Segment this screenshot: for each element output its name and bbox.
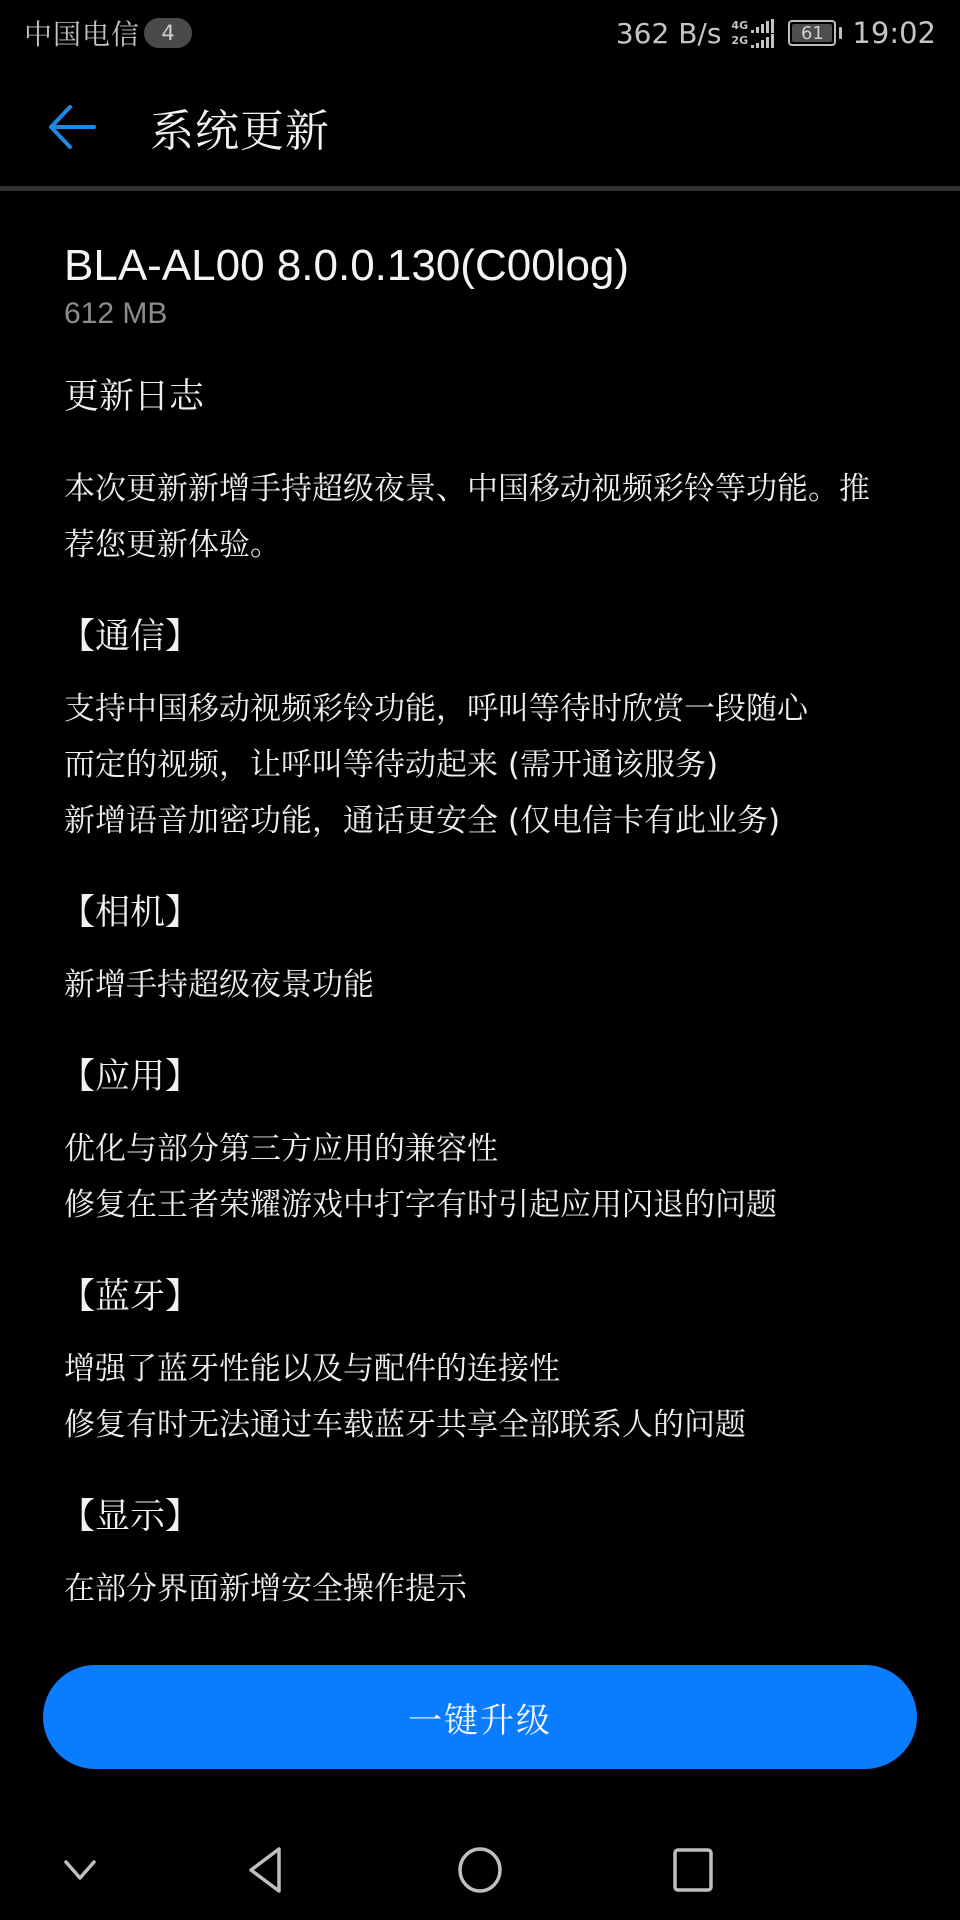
section-line: 在部分界面新增安全操作提示 (64, 1561, 896, 1608)
status-left: 中国电信 4 (24, 13, 192, 53)
section-line: 新增手持超级夜景功能 (64, 957, 896, 1013)
section-line: 而定的视频，让呼叫等待动起来 (需开通该服务) (64, 737, 896, 793)
hide-nav-button[interactable] (40, 1830, 120, 1910)
section-line: 修复在王者荣耀游戏中打字有时引起应用闪退的问题 (64, 1177, 896, 1233)
system-update-screen: 中国电信 4 362 B/s 4G 2G 61 19:02 (0, 0, 960, 1920)
update-summary: 本次更新新增手持超级夜景、中国移动视频彩铃等功能。推荐您更新体验。 (64, 461, 896, 573)
signal-strength-icon: 4G 2G (731, 18, 774, 48)
section-display: 【显示】 在部分界面新增安全操作提示 (64, 1489, 896, 1608)
section-line: 支持中国移动视频彩铃功能，呼叫等待时欣赏一段随心 (64, 681, 896, 737)
battery-icon: 61 (788, 20, 842, 46)
nav-home-button[interactable] (440, 1830, 520, 1910)
clock: 19:02 (852, 16, 936, 50)
section-bluetooth: 【蓝牙】 增强了蓝牙性能以及与配件的连接性 修复有时无法通过车载蓝牙共享全部联系… (64, 1269, 896, 1453)
network-speed: 362 B/s (616, 17, 722, 50)
update-details-scroll[interactable]: BLA-AL00 8.0.0.130(C00log) 612 MB 更新日志 本… (0, 191, 960, 1608)
section-line: 增强了蓝牙性能以及与配件的连接性 (64, 1341, 896, 1397)
triangle-back-icon (241, 1845, 291, 1895)
battery-level: 61 (792, 24, 832, 42)
version-name: BLA-AL00 8.0.0.130(C00log) (64, 239, 896, 293)
section-title: 【相机】 (60, 885, 896, 941)
changelog-title: 更新日志 (64, 373, 896, 421)
section-apps: 【应用】 优化与部分第三方应用的兼容性 修复在王者荣耀游戏中打字有时引起应用闪退… (64, 1049, 896, 1233)
section-title: 【显示】 (60, 1489, 896, 1545)
section-line: 优化与部分第三方应用的兼容性 (64, 1121, 896, 1177)
one-click-upgrade-button[interactable]: 一键升级 (43, 1665, 917, 1769)
chevron-down-icon (60, 1850, 100, 1890)
navigation-bar (0, 1800, 960, 1920)
section-line: 新增语音加密功能，通话更安全 (仅电信卡有此业务) (64, 793, 896, 849)
nav-back-button[interactable] (226, 1830, 306, 1910)
notification-count-badge: 4 (144, 18, 192, 48)
section-title: 【应用】 (60, 1049, 896, 1105)
package-size: 612 MB (64, 297, 896, 331)
app-bar: 系统更新 (0, 66, 960, 188)
status-bar: 中国电信 4 362 B/s 4G 2G 61 19:02 (0, 0, 960, 66)
arrow-left-icon (46, 101, 98, 153)
status-right: 362 B/s 4G 2G 61 19:02 (616, 16, 936, 50)
nav-recents-button[interactable] (653, 1830, 733, 1910)
section-communication: 【通信】 支持中国移动视频彩铃功能，呼叫等待时欣赏一段随心 而定的视频，让呼叫等… (64, 609, 896, 849)
signal-label-4g: 4G (731, 19, 751, 33)
section-title: 【蓝牙】 (60, 1269, 896, 1325)
circle-home-icon (455, 1845, 505, 1895)
carrier-name: 中国电信 (24, 13, 140, 53)
square-recents-icon (668, 1845, 718, 1895)
section-camera: 【相机】 新增手持超级夜景功能 (64, 885, 896, 1013)
section-line: 修复有时无法通过车载蓝牙共享全部联系人的问题 (64, 1397, 896, 1453)
section-title: 【通信】 (60, 609, 896, 665)
signal-label-2g: 2G (731, 34, 751, 48)
page-title: 系统更新 (150, 95, 330, 159)
back-button[interactable] (32, 87, 112, 167)
